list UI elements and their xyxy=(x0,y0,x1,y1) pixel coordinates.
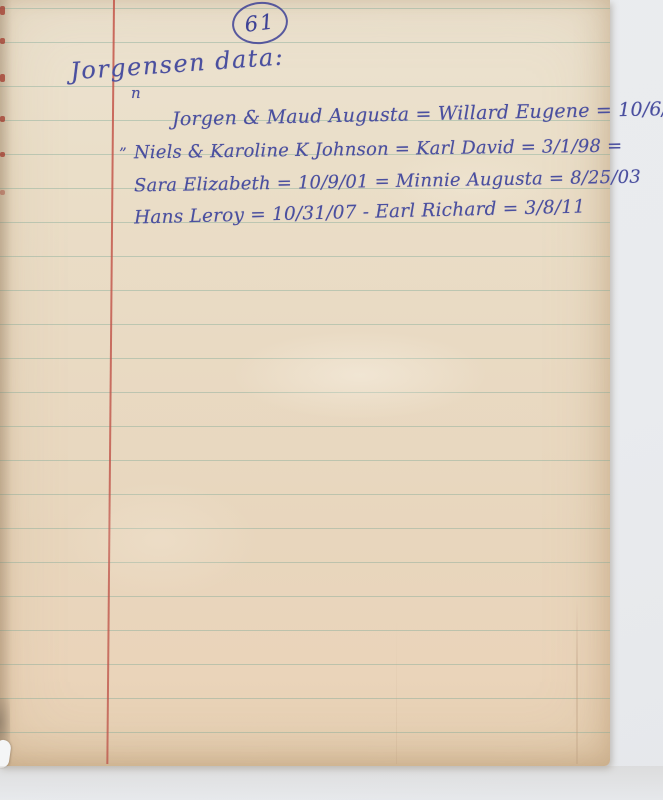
paper-crease xyxy=(576,600,578,764)
paper-wrinkle xyxy=(230,330,490,420)
notebook-page: 61 Jorgensen data: n Jorgen & Maud Augus… xyxy=(0,0,610,766)
ditto-mark: ” xyxy=(119,144,127,162)
red-edge-mark xyxy=(0,152,5,157)
red-edge-mark xyxy=(0,116,5,122)
page-number: 61 xyxy=(243,9,276,37)
paper-wrinkle xyxy=(60,480,260,600)
scanner-background-shading xyxy=(0,766,663,800)
red-edge-mark xyxy=(0,6,5,15)
scanned-notebook-screenshot: { "document": { "type_label": "handwritt… xyxy=(0,0,663,800)
red-edge-mark xyxy=(0,190,5,195)
red-edge-mark xyxy=(0,38,5,44)
left-edge-shadow xyxy=(0,0,12,766)
paper-crease xyxy=(396,620,397,764)
red-edge-mark xyxy=(0,74,5,82)
page-curl-shadow xyxy=(0,698,10,746)
insertion-mark: n xyxy=(131,84,141,102)
